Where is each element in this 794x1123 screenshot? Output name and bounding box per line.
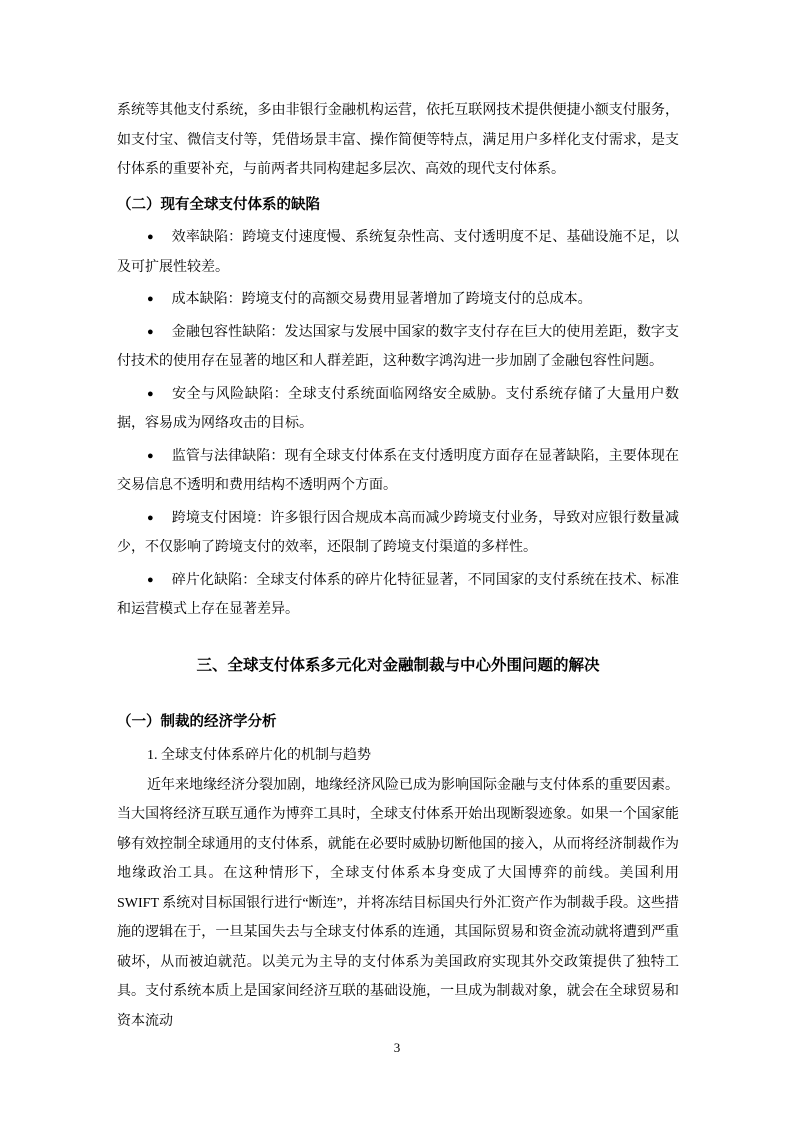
bullet-text: 安全与风险缺陷：全球支付系统面临网络安全威胁。支付系统存储了大量用户数据，容易成…	[117, 387, 679, 432]
bullet-text: 金融包容性缺陷：发达国家与发展中国家的数字支付存在巨大的使用差距，数字支付技术的…	[117, 325, 679, 370]
bullet-text: 碎片化缺陷：全球支付体系的碎片化特征显著，不同国家的支付系统在技术、标准和运营模…	[117, 573, 679, 618]
main-paragraph: 近年来地缘经济分裂加剧，地缘经济风险已成为影响国际金融与支付体系的重要因素。当大…	[117, 771, 679, 1037]
document-page: 系统等其他支付系统，多由非银行金融机构运营，依托互联网技术提供便捷小额支付服务，…	[0, 0, 794, 1123]
bullet-item-security-risk: ●安全与风险缺陷：全球支付系统面临网络安全威胁。支付系统存储了大量用户数据，容易…	[117, 380, 679, 439]
paragraph-continuation: 系统等其他支付系统，多由非银行金融机构运营，依托互联网技术提供便捷小额支付服务，…	[117, 96, 679, 185]
bullet-text: 跨境支付困境：许多银行因合规成本高而减少跨境支付业务，导致对应银行数量减少，不仅…	[117, 511, 679, 556]
page-content: 系统等其他支付系统，多由非银行金融机构运营，依托互联网技术提供便捷小额支付服务，…	[117, 96, 679, 1036]
bullet-item-fragmentation: ●碎片化缺陷：全球支付体系的碎片化特征显著，不同国家的支付系统在技术、标准和运营…	[117, 566, 679, 625]
bullet-icon: ●	[147, 293, 154, 305]
bullet-text: 监管与法律缺陷：现有全球支付体系在支付透明度方面存在显著缺陷，主要体现在交易信息…	[117, 449, 679, 494]
section-title: 三、全球支付体系多元化对金融制裁与中心外围问题的解决	[117, 651, 679, 681]
bullet-icon: ●	[147, 574, 154, 586]
bullet-text: 成本缺陷：跨境支付的高额交易费用显著增加了跨境支付的总成本。	[172, 292, 592, 307]
bullet-icon: ●	[147, 231, 154, 243]
bullet-item-cost: ●成本缺陷：跨境支付的高额交易费用显著增加了跨境支付的总成本。	[117, 285, 679, 315]
bullet-icon: ●	[147, 388, 154, 400]
numbered-item-fragmentation-mechanism: 1. 全球支付体系碎片化的机制与趋势	[117, 741, 679, 771]
heading-payment-system-defects: （二）现有全球支付体系的缺陷	[117, 191, 679, 221]
bullet-icon: ●	[147, 450, 154, 462]
bullet-icon: ●	[147, 326, 154, 338]
bullet-icon: ●	[147, 512, 154, 524]
bullet-text: 效率缺陷：跨境支付速度慢、系统复杂性高、支付透明度不足、基础设施不足，以及可扩展…	[117, 230, 679, 275]
bullet-item-regulation-law: ●监管与法律缺陷：现有全球支付体系在支付透明度方面存在显著缺陷，主要体现在交易信…	[117, 442, 679, 501]
bullet-item-financial-inclusion: ●金融包容性缺陷：发达国家与发展中国家的数字支付存在巨大的使用差距，数字支付技术…	[117, 318, 679, 377]
bullet-item-efficiency: ●效率缺陷：跨境支付速度慢、系统复杂性高、支付透明度不足、基础设施不足，以及可扩…	[117, 223, 679, 282]
bullet-item-crossborder-dilemma: ●跨境支付困境：许多银行因合规成本高而减少跨境支付业务，导致对应银行数量减少，不…	[117, 504, 679, 563]
subsection-heading-sanctions-analysis: （一）制裁的经济学分析	[117, 708, 679, 738]
page-number: 3	[0, 1040, 794, 1056]
